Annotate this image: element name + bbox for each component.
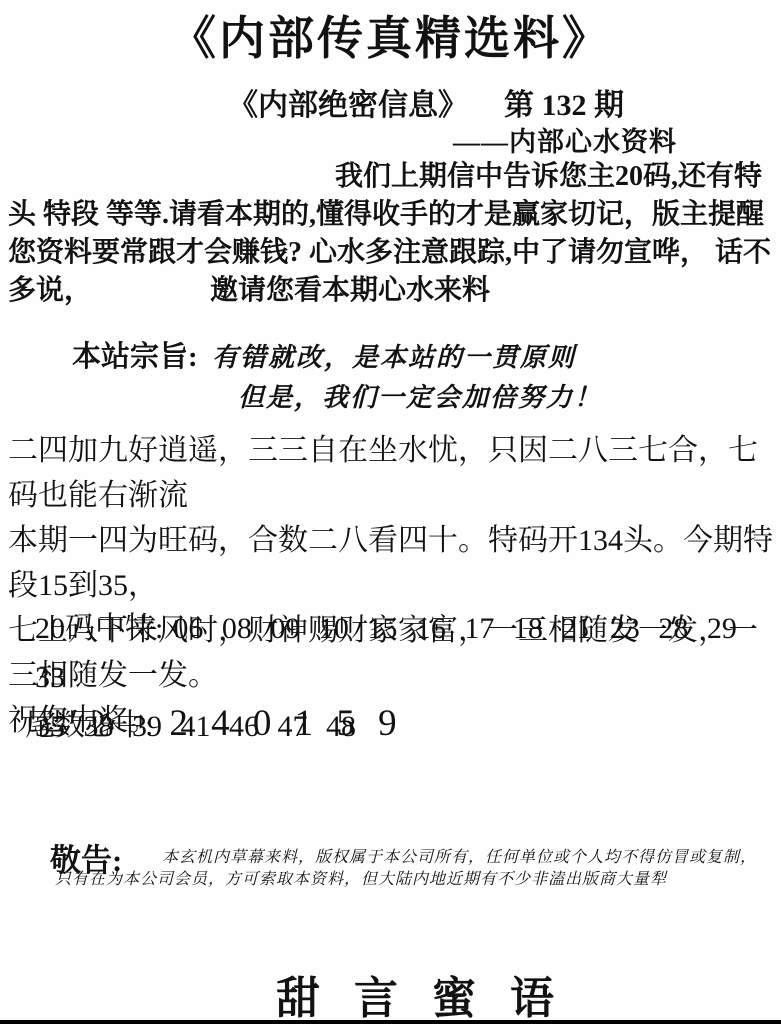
motto-label: 本站宗旨: [72, 334, 198, 375]
twenty-codes-row-1: 20码中特:06 08 09 10 15 16 17 18 21 23 28 2… [35, 604, 781, 702]
motto-line-2: 但是，我们一定会加倍努力！ [238, 377, 602, 414]
issue-number: 第 132 期 [504, 80, 624, 124]
subtitle: 《内部绝密信息》 [228, 80, 468, 124]
tail-numbers-label: 尾数必中: [25, 709, 153, 742]
footer-title: 甜言蜜语 [276, 962, 588, 1024]
tail-numbers: 2 4 0 1 5 9 [169, 703, 396, 744]
motto-line-1: 有错就改，是本站的一贯原则 [212, 337, 576, 374]
tail-numbers-block: 尾数必中:2 4 0 1 5 9 [25, 700, 397, 745]
intro-line-4: 多说，邀请您看本期心水来料 [8, 272, 777, 310]
verse-line-1: 二四加九好逍遥，三三自在坐水忧，只因二八三七合，七码也能右渐流 [8, 428, 777, 518]
intro-line-4-left: 多说， [8, 275, 92, 306]
intro-line-2: 头 特段 等等.请看本期的,懂得收手的才是赢家切记，版主提醒 [8, 196, 777, 234]
subtitle-row: 《内部绝密信息》 第 132 期 [228, 80, 624, 124]
intro-line-4-right: 邀请您看本期心水来料 [210, 275, 490, 306]
intro-paragraph: 我们上期信中告诉您主20码,还有特 头 特段 等等.请看本期的,懂得收手的才是赢… [8, 158, 777, 310]
intro-line-3: 您资料要常跟才会赚钱? 心水多注意跟踪,中了请勿宣哗， 话不 [8, 234, 777, 272]
tagline: ——内部心水资料 [453, 120, 677, 159]
notice-line-1: 本玄机内草幕来料，版权属于本公司所有，任何单位或个人均不得仿冒或复制， [162, 844, 757, 867]
notice-line-2: 只有在为本公司会员，方可索取本资料，但大陆内地近期有不少非溘出版商大量犁 [55, 866, 667, 889]
intro-line-1: 我们上期信中告诉您主20码,还有特 [8, 158, 777, 196]
page-title: 《内部传真精选料》 [0, 2, 781, 68]
bottom-edge-bar [0, 1020, 781, 1024]
fax-sheet-page: 《内部传真精选料》 《内部绝密信息》 第 132 期 ——内部心水资料 我们上期… [0, 0, 781, 1024]
verse-line-2: 本期一四为旺码，合数二八看四十。特码开134头。今期特段15到35， [8, 518, 777, 608]
twenty-codes-label: 20码中特: [35, 612, 163, 645]
